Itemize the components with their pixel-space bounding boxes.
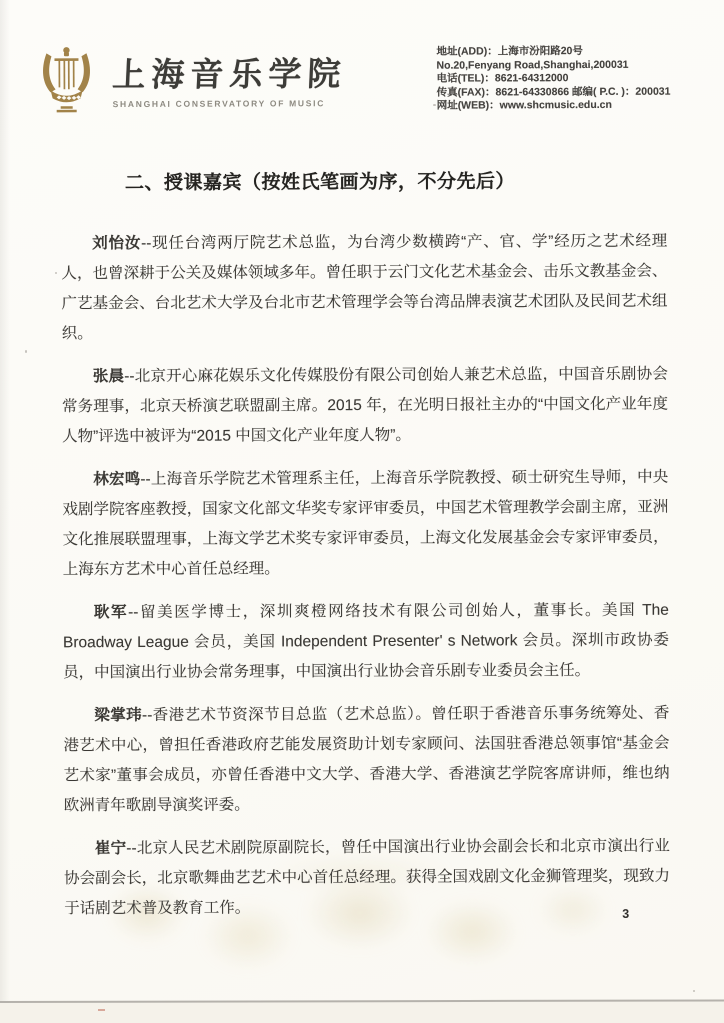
guest-bio: --香港艺术节资深节目总监（艺术总监）。曾任职于香港音乐事务统筹处、香港艺术中心… <box>63 705 669 815</box>
guest-bio: --现任台湾两厅院艺术总监，为台湾少数横跨“产、官、学”经历之艺术经理人，也曾深… <box>61 233 667 343</box>
contact-telephone: 电话(TEL)：8621-64312000 <box>437 72 703 87</box>
guest-paragraph: 刘怡汝--现任台湾两厅院艺术总监，为台湾少数横跨“产、官、学”经历之艺术经理人，… <box>61 227 668 350</box>
guest-bio: --留美医学博士，深圳爽橙网络技术有限公司创始人，董事长。美国 The Broa… <box>63 602 669 682</box>
brand-name-cn: 上海音乐学院 <box>111 48 347 96</box>
brand-block: 上海音乐学院 SHANGHAI CONSERVATORY OF MUSIC <box>112 48 346 109</box>
scan-speckle <box>55 272 57 274</box>
scan-bottom-edge <box>0 999 724 1023</box>
scan-speckle <box>25 350 27 353</box>
conservatory-logo <box>34 45 98 120</box>
scan-speckle <box>433 104 436 106</box>
contact-address-en: No.20,Fenyang Road,Shanghai,200031 <box>436 58 702 73</box>
guest-bio: --上海音乐学院艺术管理系主任，上海音乐学院教授、硕士研究生导师，中央戏剧学院客… <box>62 469 668 579</box>
page-number: 3 <box>622 907 629 921</box>
guest-name: 崔宁 <box>95 840 126 857</box>
guest-name: 张晨 <box>93 368 124 385</box>
guest-bio: --北京开心麻花娱乐文化传媒股份有限公司创始人兼艺术总监，中国音乐剧协会常务理事… <box>62 366 668 446</box>
guest-paragraph: 张晨--北京开心麻花娱乐文化传媒股份有限公司创始人兼艺术总监，中国音乐剧协会常务… <box>62 360 668 453</box>
page-content: 上海音乐学院 SHANGHAI CONSERVATORY OF MUSIC 地址… <box>0 0 724 1023</box>
guest-name: 林宏鸣 <box>93 471 140 488</box>
letterhead: 上海音乐学院 SHANGHAI CONSERVATORY OF MUSIC 地址… <box>0 0 723 121</box>
guest-name: 耿军 <box>94 604 128 621</box>
guest-paragraph: 耿军--留美医学博士，深圳爽橙网络技术有限公司创始人，董事长。美国 The Br… <box>63 596 669 689</box>
scan-red-mark <box>98 1009 105 1011</box>
contact-address-cn: 地址(ADD)：上海市汾阳路20号 <box>436 45 702 60</box>
guest-paragraph: 梁掌玮--香港艺术节资深节目总监（艺术总监）。曾任职于香港音乐事务统筹处、香港艺… <box>63 699 670 822</box>
guest-name: 梁掌玮 <box>94 707 142 724</box>
lyre-icon <box>34 45 98 115</box>
guest-bio: --北京人民艺术剧院原副院长，曾任中国演出行业协会副会长和北京市演出行业协会副会… <box>64 838 670 918</box>
guest-paragraph: 林宏鸣--上海音乐学院艺术管理系主任，上海音乐学院教授、硕士研究生导师，中央戏剧… <box>62 463 669 586</box>
document-body: 二、授课嘉宾（按姓氏笔画为序，不分先后） 刘怡汝--现任台湾两厅院艺术总监，为台… <box>61 166 670 925</box>
contact-info: 地址(ADD)：上海市汾阳路20号 No.20,Fenyang Road,Sha… <box>436 43 702 114</box>
section-title: 二、授课嘉宾（按姓氏笔画为序，不分先后） <box>125 166 667 195</box>
guest-paragraph: 崔宁--北京人民艺术剧院原副院长，曾任中国演出行业协会副会长和北京市演出行业协会… <box>64 832 670 925</box>
contact-fax-postcode: 传真(FAX)：8621-64330866 邮编( P.C. )：200031 <box>437 85 703 100</box>
brand-name-en: SHANGHAI CONSERVATORY OF MUSIC <box>113 98 347 109</box>
scanned-document-page: 上海音乐学院 SHANGHAI CONSERVATORY OF MUSIC 地址… <box>0 0 724 1023</box>
contact-website: 网址(WEB)：www.shcmusic.edu.cn <box>437 99 703 114</box>
scan-speckle <box>693 990 695 992</box>
guest-name: 刘怡汝 <box>92 235 141 252</box>
